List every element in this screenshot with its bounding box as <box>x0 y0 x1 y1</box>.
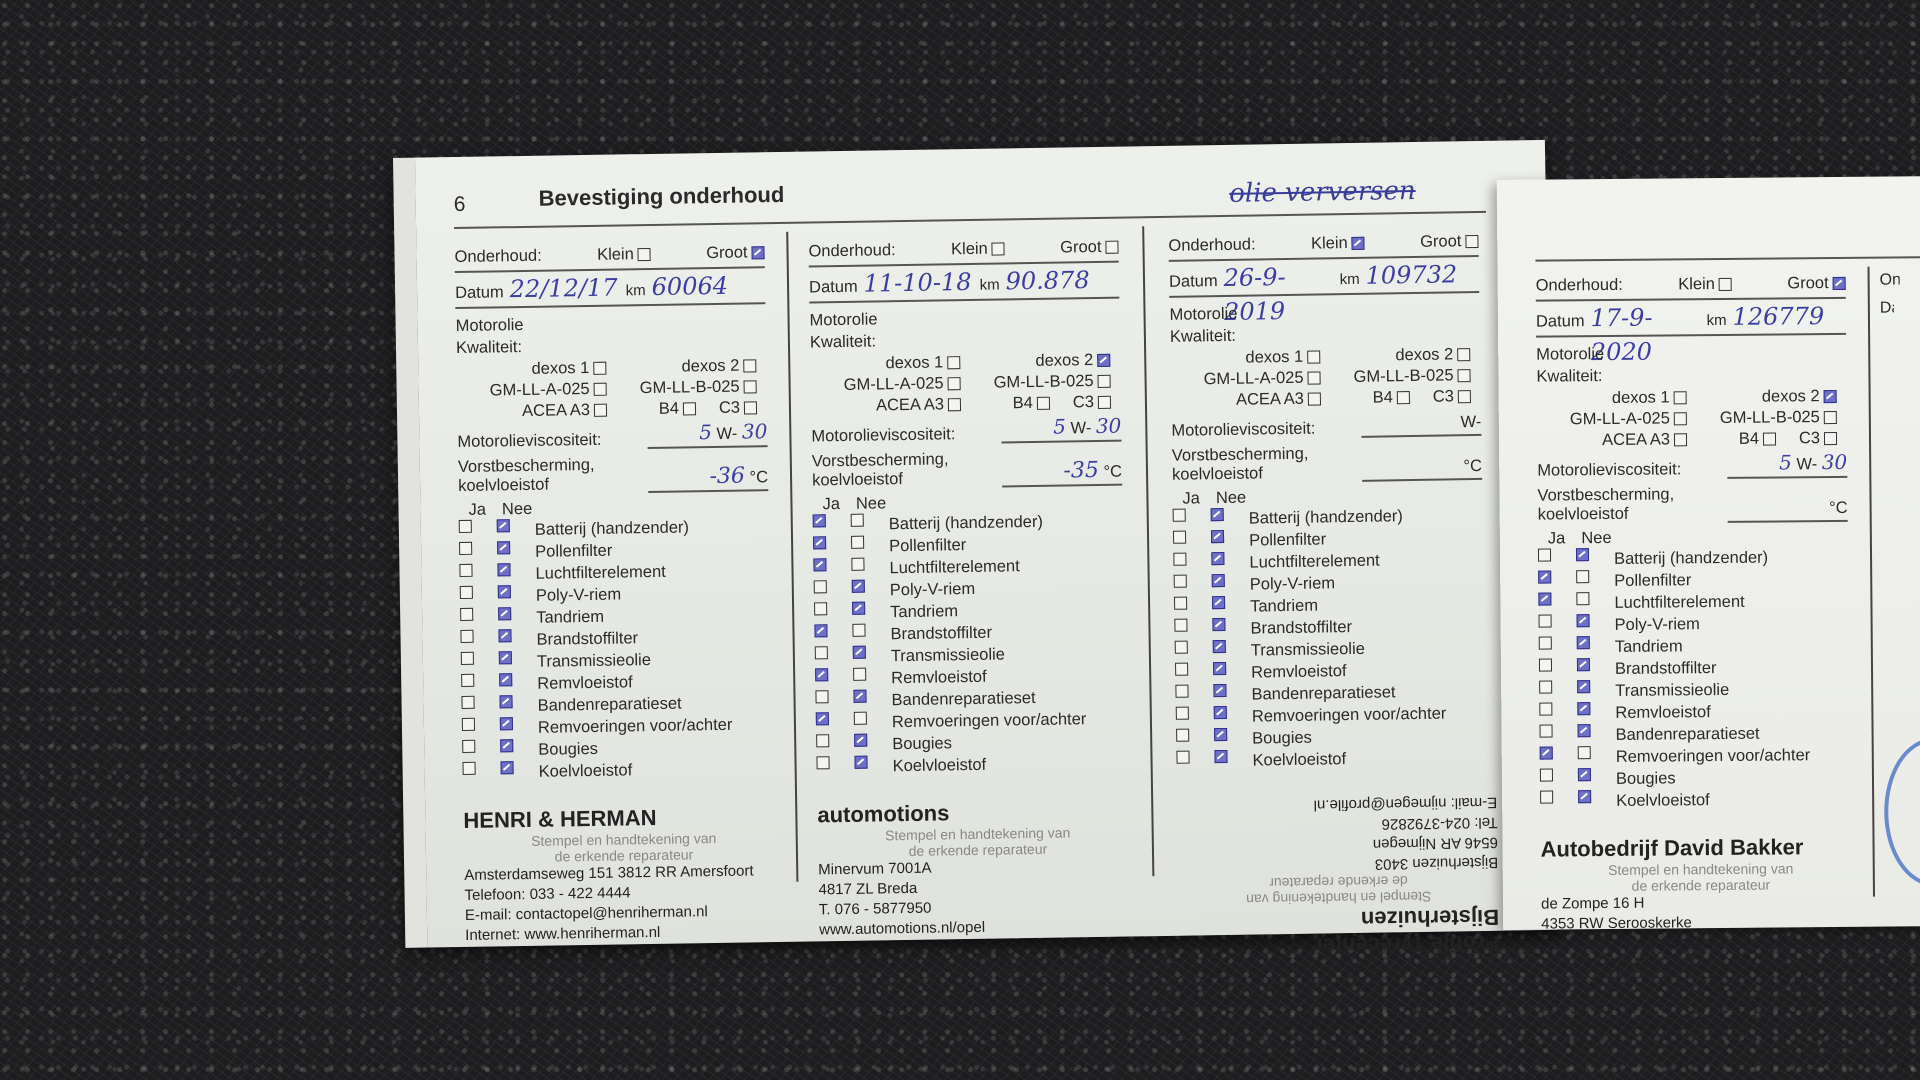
dexos1-checkbox[interactable] <box>1307 351 1320 364</box>
datum-label: Datum <box>455 275 504 310</box>
celsius-label: °C <box>1463 457 1482 475</box>
nee-header: Nee <box>1581 528 1611 548</box>
stamp-company-name: Autobedrijf David Bakker <box>1540 834 1860 863</box>
km-value[interactable]: 60064 <box>651 269 728 304</box>
viscosity-row: Motorolieviscositeit: 5 W- 30 <box>1537 450 1847 481</box>
nee-checkbox[interactable] <box>497 541 510 554</box>
b4-label: B4 <box>1373 388 1393 406</box>
viscosity-suffix-value: 30 <box>1096 414 1122 438</box>
next-entry-datum-fragment: Datum <box>1880 294 1894 322</box>
nee-checkbox[interactable] <box>498 607 511 620</box>
groot-label: Groot <box>1060 238 1102 257</box>
ja-checkbox[interactable] <box>1539 680 1552 693</box>
gm-b-option[interactable]: GM-LL-B-025 <box>607 377 757 398</box>
c3-label: C3 <box>719 399 740 417</box>
checklist-items: Batterij (handzender)PollenfilterLuchtfi… <box>1538 546 1850 813</box>
gm-b-option[interactable]: GM-LL-B-025 <box>1687 408 1837 428</box>
nee-checkbox[interactable] <box>1578 790 1591 803</box>
b4-c3-options: B4 C3 <box>1321 387 1471 408</box>
viscosity-w-label: W- <box>1796 455 1817 473</box>
checklist-item: Bandenreparatieset <box>1539 722 1849 747</box>
nee-checkbox[interactable] <box>1577 636 1590 649</box>
groot-checkbox[interactable] <box>1833 277 1846 290</box>
nee-checkbox[interactable] <box>497 563 510 576</box>
frost-label-line1: Vorstbescherming, <box>1172 445 1309 465</box>
frost-label-line1: Vorstbescherming, <box>1537 485 1674 504</box>
viscosity-field[interactable]: W- <box>1361 408 1481 438</box>
frost-label-line1: Vorstbescherming, <box>458 456 595 476</box>
datum-value[interactable]: 22/12/17 <box>509 270 620 306</box>
km-value[interactable]: 109732 <box>1365 257 1457 292</box>
dexos1-label: dexos 1 <box>1612 388 1670 407</box>
checklist-item: Remvoeringen voor/achter <box>1540 744 1850 769</box>
frost-label-line1: Vorstbescherming, <box>812 450 949 470</box>
viscosity-label: Motorolieviscositeit: <box>811 425 955 446</box>
dexos2-checkbox[interactable] <box>1097 354 1110 367</box>
gm-b-checkbox[interactable] <box>744 380 757 393</box>
groot-option[interactable]: Groot <box>706 238 765 267</box>
c3-checkbox[interactable] <box>1098 396 1111 409</box>
viscosity-row: Motorolieviscositeit: W- <box>1171 408 1481 441</box>
km-value[interactable]: 90.878 <box>1005 263 1090 298</box>
viscosity-prefix-value: 5 <box>1779 450 1792 474</box>
nee-checkbox[interactable] <box>854 756 867 769</box>
checklist-item-label: Remvoeringen voor/achter <box>1616 744 1850 768</box>
klein-label: Klein <box>1311 234 1348 253</box>
inspection-checklist: Ja Nee Batterij (handzender)Pollenfilter… <box>1538 526 1850 813</box>
ja-header: Ja <box>1548 528 1566 548</box>
ja-checkbox[interactable] <box>459 564 472 577</box>
km-value[interactable]: 126779 <box>1732 299 1824 334</box>
gm-a-option[interactable]: GM-LL-A-025 <box>1170 368 1320 389</box>
dexos2-option[interactable]: dexos 2 <box>606 356 756 377</box>
ja-checkbox[interactable] <box>814 624 827 637</box>
b4-c3-options: B4 C3 <box>961 393 1111 414</box>
nee-checkbox[interactable] <box>1213 662 1226 675</box>
frost-label-line2: koelvloeistof <box>458 476 549 495</box>
klein-option[interactable]: Klein <box>951 234 1005 263</box>
ja-checkbox[interactable] <box>813 536 826 549</box>
ja-checkbox[interactable] <box>1538 548 1551 561</box>
gm-a-checkbox[interactable] <box>594 383 607 396</box>
motorolie-label: Motorolie <box>1536 341 1846 366</box>
page-header-rule <box>1535 256 1920 262</box>
next-entry-stub: Onderhoud: Datum <box>1880 266 1900 322</box>
frost-field[interactable]: °C <box>1362 452 1482 482</box>
checklist-items: Batterij (handzender)PollenfilterLuchtfi… <box>1173 504 1487 773</box>
acea-checkbox[interactable] <box>1674 433 1687 446</box>
km-label: km <box>625 274 646 308</box>
nee-checkbox[interactable] <box>853 646 866 659</box>
datum-value[interactable]: 11-10-18 <box>863 265 974 301</box>
dexos2-checkbox[interactable] <box>1457 348 1470 361</box>
inspection-checklist: Ja Nee Batterij (handzender)Pollenfilter… <box>1172 484 1486 773</box>
kwaliteit-label: Kwaliteit: <box>1536 363 1846 388</box>
ja-checkbox[interactable] <box>813 514 826 527</box>
dexos2-label: dexos 2 <box>681 357 739 376</box>
km-label: km <box>1339 263 1360 297</box>
checklist-item: Tandriem <box>1539 634 1849 659</box>
date-km-row: Datum 11-10-18 km 90.878 <box>809 263 1120 304</box>
viscosity-row: Motorolieviscositeit: 5 W- 30 <box>457 419 767 452</box>
ja-checkbox[interactable] <box>1173 531 1186 544</box>
stamp-address-line: de Zompe 16 H <box>1541 892 1861 915</box>
ja-checkbox[interactable] <box>815 646 828 659</box>
ja-checkbox[interactable] <box>1176 751 1189 764</box>
c3-checkbox[interactable] <box>1458 390 1471 403</box>
klein-checkbox[interactable] <box>1352 237 1365 250</box>
gm-a-checkbox[interactable] <box>1674 412 1687 425</box>
groot-checkbox[interactable] <box>1465 235 1478 248</box>
acea-option[interactable]: ACEA A3 <box>457 401 607 422</box>
gm-b-option[interactable]: GM-LL-B-025 <box>960 372 1110 393</box>
ja-header: Ja <box>1182 488 1200 508</box>
frost-label-line2: koelvloeistof <box>1538 505 1629 524</box>
nee-checkbox[interactable] <box>500 717 513 730</box>
onderhoud-label: Onderhoud: <box>454 242 542 271</box>
service-entry-1: Onderhoud: Klein Groot Datum 22/12/17 km… <box>454 238 774 913</box>
nee-checkbox[interactable] <box>1576 570 1589 583</box>
checklist-item-label: Batterij (handzender) <box>1614 546 1848 570</box>
dexos1-option[interactable]: dexos 1 <box>1537 388 1687 408</box>
workshop-stamp: automotions Stempel en handtekening van … <box>817 797 1139 940</box>
nee-checkbox[interactable] <box>499 673 512 686</box>
ja-checkbox[interactable] <box>1540 746 1553 759</box>
workshop-stamp: Profile Tyrecenter Bijsterhuizen Stempel… <box>1177 792 1500 961</box>
nee-checkbox[interactable] <box>1576 548 1589 561</box>
gm-a-option[interactable]: GM-LL-A-025 <box>810 374 960 395</box>
viscosity-field[interactable]: 5 W- 30 <box>1727 450 1847 479</box>
ja-checkbox[interactable] <box>460 586 473 599</box>
viscosity-w-label: W- <box>716 425 737 443</box>
ja-checkbox[interactable] <box>1539 702 1552 715</box>
nee-checkbox[interactable] <box>1214 750 1227 763</box>
nee-checkbox[interactable] <box>1578 768 1591 781</box>
dexos1-checkbox[interactable] <box>1674 391 1687 404</box>
groot-label: Groot <box>706 243 748 262</box>
ja-checkbox[interactable] <box>459 520 472 533</box>
nee-checkbox[interactable] <box>1577 614 1590 627</box>
acea-checkbox[interactable] <box>948 398 961 411</box>
c3-checkbox[interactable] <box>744 401 757 414</box>
nee-checkbox[interactable] <box>853 668 866 681</box>
checklist-item-label: Poly-V-riem <box>1615 612 1849 636</box>
ja-checkbox[interactable] <box>816 712 829 725</box>
groot-option[interactable]: Groot <box>1787 269 1846 298</box>
ja-checkbox[interactable] <box>815 690 828 703</box>
nee-checkbox[interactable] <box>1214 728 1227 741</box>
ja-checkbox[interactable] <box>1538 570 1551 583</box>
dexos1-label: dexos 1 <box>531 359 589 378</box>
ja-checkbox[interactable] <box>1174 575 1187 588</box>
ja-checkbox[interactable] <box>1540 768 1553 781</box>
ja-checkbox[interactable] <box>460 630 473 643</box>
checklist-item: Koelvloeistof <box>1540 788 1850 813</box>
nee-checkbox[interactable] <box>1211 530 1224 543</box>
dexos1-option[interactable]: dexos 1 <box>810 353 960 374</box>
dexos1-label: dexos 1 <box>1245 348 1303 367</box>
nee-checkbox[interactable] <box>852 624 865 637</box>
ja-checkbox[interactable] <box>462 762 475 775</box>
nee-checkbox[interactable] <box>500 761 513 774</box>
nee-checkbox[interactable] <box>499 695 512 708</box>
frost-field[interactable]: -35 °C <box>1002 458 1122 488</box>
nee-header: Nee <box>1216 488 1247 508</box>
groot-option[interactable]: Groot <box>1420 227 1479 256</box>
acea-option[interactable]: ACEA A3 <box>1171 389 1321 410</box>
dexos2-option[interactable]: dexos 2 <box>960 351 1110 372</box>
ja-checkbox[interactable] <box>1539 658 1552 671</box>
nee-checkbox[interactable] <box>498 629 511 642</box>
checklist-item: Transmissieolie <box>1539 678 1849 703</box>
gm-a-option[interactable]: GM-LL-A-025 <box>1537 409 1687 429</box>
frost-row: Vorstbescherming,koelvloeistof -36 °C <box>458 453 769 496</box>
nee-checkbox[interactable] <box>1211 508 1224 521</box>
viscosity-field[interactable]: 5 W- 30 <box>1001 414 1121 444</box>
nee-checkbox[interactable] <box>853 690 866 703</box>
viscosity-field[interactable]: 5 W- 30 <box>647 419 767 449</box>
service-booklet-left-page: 6 Bevestiging onderhoud olie verversen O… <box>393 140 1557 948</box>
klein-checkbox[interactable] <box>638 248 651 261</box>
ja-checkbox[interactable] <box>814 602 827 615</box>
kwaliteit-label: Kwaliteit: <box>810 327 1120 354</box>
gm-a-checkbox[interactable] <box>948 377 961 390</box>
column-divider <box>1868 267 1875 897</box>
frost-row: Vorstbescherming,koelvloeistof °C <box>1537 484 1847 525</box>
dexos2-checkbox[interactable] <box>1824 390 1837 403</box>
viscosity-suffix-value: 30 <box>1822 450 1848 474</box>
acea-checkbox[interactable] <box>1308 393 1321 406</box>
frost-field[interactable]: °C <box>1727 494 1847 523</box>
checklist-item: Koelvloeistof <box>1176 746 1486 773</box>
page-title: Bevestiging onderhoud <box>538 182 784 212</box>
nee-checkbox[interactable] <box>852 580 865 593</box>
date-km-row: Datum 17-9-2020 km 126779 <box>1536 299 1846 338</box>
acea-option[interactable]: ACEA A3 <box>811 395 961 416</box>
groot-checkbox[interactable] <box>1105 241 1118 254</box>
nee-checkbox[interactable] <box>1576 592 1589 605</box>
ja-checkbox[interactable] <box>1173 553 1186 566</box>
kwaliteit-label: Kwaliteit: <box>456 332 766 359</box>
acea-checkbox[interactable] <box>594 404 607 417</box>
oil-quality-grid: dexos 1 dexos 2 GM-LL-A-025 GM-LL-B-025 … <box>1170 345 1481 411</box>
nee-checkbox[interactable] <box>1578 746 1591 759</box>
nee-checkbox[interactable] <box>500 739 513 752</box>
b4-label: B4 <box>1013 394 1033 412</box>
frost-field[interactable]: -36 °C <box>648 463 768 493</box>
nee-checkbox[interactable] <box>1577 724 1590 737</box>
ja-checkbox[interactable] <box>1175 685 1188 698</box>
b4-checkbox[interactable] <box>1397 391 1410 404</box>
stamp-address: de Zompe 16 H4353 RW Serooskerke <box>1541 892 1861 935</box>
page-number: 6 <box>454 193 466 217</box>
dexos2-checkbox[interactable] <box>743 359 756 372</box>
stamp-address-line: Internet: www.henriherman.nl <box>465 921 785 946</box>
nee-checkbox[interactable] <box>851 514 864 527</box>
b4-checkbox[interactable] <box>1037 397 1050 410</box>
celsius-label: °C <box>1829 499 1848 517</box>
nee-checkbox[interactable] <box>1577 680 1590 693</box>
checklist-item-label: Remvloeistof <box>1615 700 1849 724</box>
dexos1-checkbox[interactable] <box>593 362 606 375</box>
acea-label: ACEA A3 <box>1602 430 1670 449</box>
klein-option[interactable]: Klein <box>597 240 651 269</box>
dexos2-option[interactable]: dexos 2 <box>1687 387 1837 407</box>
onderhoud-label: Onderhoud: <box>1168 230 1256 259</box>
ja-checkbox[interactable] <box>1175 641 1188 654</box>
stamp-address-line: www.automotions.nl/opel <box>819 915 1139 940</box>
viscosity-row: Motorolieviscositeit: 5 W- 30 <box>811 414 1121 447</box>
ja-checkbox[interactable] <box>813 558 826 571</box>
dexos2-option[interactable]: dexos 2 <box>1320 345 1470 366</box>
ja-checkbox[interactable] <box>1175 663 1188 676</box>
ja-checkbox[interactable] <box>1174 619 1187 632</box>
date-km-row: Datum 26-9-2019 km 109732 <box>1169 257 1480 298</box>
nee-checkbox[interactable] <box>851 558 864 571</box>
gm-a-label: GM-LL-A-025 <box>1570 409 1670 428</box>
ja-checkbox[interactable] <box>1540 790 1553 803</box>
checklist-item-label: Brandstoffilter <box>1615 656 1849 680</box>
checklist-item-label: Koelvloeistof <box>1616 788 1850 812</box>
ja-checkbox[interactable] <box>816 734 829 747</box>
inspection-checklist: Ja Nee Batterij (handzender)Pollenfilter… <box>812 490 1126 779</box>
nee-checkbox[interactable] <box>851 536 864 549</box>
ja-checkbox[interactable] <box>814 580 827 593</box>
ja-checkbox[interactable] <box>1539 724 1552 737</box>
nee-checkbox[interactable] <box>854 734 867 747</box>
checklist-item: Brandstoffilter <box>1539 656 1849 681</box>
dexos1-checkbox[interactable] <box>947 356 960 369</box>
nee-checkbox[interactable] <box>1577 658 1590 671</box>
ja-checkbox[interactable] <box>461 674 474 687</box>
ja-checkbox[interactable] <box>815 668 828 681</box>
checklist-item-label: Transmissieolie <box>1615 678 1849 702</box>
klein-label: Klein <box>1678 275 1715 293</box>
oil-quality-grid: dexos 1 dexos 2 GM-LL-A-025 GM-LL-B-025 … <box>456 356 767 422</box>
nee-checkbox[interactable] <box>499 651 512 664</box>
acea-label: ACEA A3 <box>522 401 590 420</box>
gm-b-checkbox[interactable] <box>1097 375 1110 388</box>
gm-a-label: GM-LL-A-025 <box>490 380 590 400</box>
ja-checkbox[interactable] <box>1176 707 1189 720</box>
maintenance-type-row: Onderhoud: Klein Groot <box>1168 227 1478 262</box>
nee-checkbox[interactable] <box>852 602 865 615</box>
nee-checkbox[interactable] <box>498 585 511 598</box>
ja-checkbox[interactable] <box>460 608 473 621</box>
service-entry-2: Onderhoud: Klein Groot Datum 11-10-18 km… <box>808 233 1128 908</box>
gm-b-checkbox[interactable] <box>1824 411 1837 424</box>
gm-b-option[interactable]: GM-LL-B-025 <box>1320 366 1470 387</box>
acea-label: ACEA A3 <box>1236 390 1304 409</box>
datum-label: Datum <box>809 270 858 305</box>
b4-checkbox[interactable] <box>683 402 696 415</box>
datum-label: Datum <box>1169 264 1218 299</box>
oil-quality-grid: dexos 1 dexos 2 GM-LL-A-025 GM-LL-B-025 … <box>1537 387 1848 451</box>
ja-checkbox[interactable] <box>1539 636 1552 649</box>
ja-checkbox[interactable] <box>461 696 474 709</box>
dexos2-label: dexos 2 <box>1762 387 1820 406</box>
nee-checkbox[interactable] <box>854 712 867 725</box>
nee-checkbox[interactable] <box>1211 552 1224 565</box>
groot-option[interactable]: Groot <box>1060 233 1119 262</box>
c3-checkbox[interactable] <box>1824 432 1837 445</box>
nee-checkbox[interactable] <box>1212 596 1225 609</box>
dexos2-label: dexos 2 <box>1035 351 1093 370</box>
checklist-item: Bougies <box>1540 766 1850 791</box>
ja-checkbox[interactable] <box>1173 509 1186 522</box>
gm-b-label: GM-LL-B-025 <box>1720 408 1820 427</box>
nee-header: Nee <box>856 493 887 513</box>
nee-checkbox[interactable] <box>1212 574 1225 587</box>
viscosity-prefix-value: 5 <box>699 420 712 444</box>
checklist-item-label: Luchtfilterelement <box>1614 590 1848 614</box>
frost-label: Vorstbescherming,koelvloeistof <box>458 456 595 496</box>
nee-checkbox[interactable] <box>1212 618 1225 631</box>
nee-checkbox[interactable] <box>1213 684 1226 697</box>
maintenance-type-row: Onderhoud: Klein Groot <box>454 238 764 273</box>
next-entry-onderhoud-fragment: Onderhoud: <box>1880 266 1900 294</box>
ja-checkbox[interactable] <box>1538 592 1551 605</box>
nee-checkbox[interactable] <box>1213 640 1226 653</box>
checklist-item-label: Koelvloeistof <box>538 757 772 783</box>
ja-checkbox[interactable] <box>459 542 472 555</box>
blue-stamp-partial <box>1884 738 1920 887</box>
ja-header: Ja <box>822 494 840 514</box>
viscosity-suffix-value: 30 <box>742 419 768 443</box>
nee-header: Nee <box>502 499 533 519</box>
gm-a-label: GM-LL-A-025 <box>844 374 944 394</box>
service-booklet-right-page: Onderhoud: Klein Groot Datum 17-9-2020 k… <box>1497 176 1920 930</box>
gm-b-checkbox[interactable] <box>1457 369 1470 382</box>
dexos1-option[interactable]: dexos 1 <box>456 359 606 380</box>
dexos2-label: dexos 2 <box>1395 345 1453 364</box>
groot-checkbox[interactable] <box>751 246 764 259</box>
gm-a-label: GM-LL-A-025 <box>1203 369 1303 389</box>
ja-checkbox[interactable] <box>816 756 829 769</box>
klein-checkbox[interactable] <box>1719 278 1732 291</box>
checklist-items: Batterij (handzender)PollenfilterLuchtfi… <box>813 510 1127 779</box>
acea-option[interactable]: ACEA A3 <box>1537 430 1687 450</box>
ja-checkbox[interactable] <box>461 652 474 665</box>
gm-a-checkbox[interactable] <box>1307 372 1320 385</box>
ja-header: Ja <box>468 500 486 520</box>
celsius-label: °C <box>749 468 768 486</box>
checklist-item: Koelvloeistof <box>462 757 772 784</box>
frost-label: Vorstbescherming,koelvloeistof <box>1172 445 1309 485</box>
ja-checkbox[interactable] <box>462 740 475 753</box>
nee-checkbox[interactable] <box>1577 702 1590 715</box>
checklist-item: Remvloeistof <box>1539 700 1849 725</box>
nee-checkbox[interactable] <box>1214 706 1227 719</box>
ja-checkbox[interactable] <box>1174 597 1187 610</box>
workshop-stamp: HENRI & HERMAN Stempel en handtekening v… <box>463 803 785 946</box>
dexos1-option[interactable]: dexos 1 <box>1170 347 1320 368</box>
b4-checkbox[interactable] <box>1763 433 1776 446</box>
stamp-address: Minervum 7001A4817 ZL BredaT. 076 - 5877… <box>818 855 1139 940</box>
ja-checkbox[interactable] <box>462 718 475 731</box>
nee-checkbox[interactable] <box>497 519 510 532</box>
klein-option[interactable]: Klein <box>1678 270 1732 298</box>
b4-label: B4 <box>1739 430 1759 448</box>
groot-label: Groot <box>1420 232 1462 251</box>
klein-checkbox[interactable] <box>992 243 1005 256</box>
date-km-row: Datum 22/12/17 km 60064 <box>455 268 766 309</box>
viscosity-w-label: W- <box>1070 419 1091 437</box>
ja-checkbox[interactable] <box>1539 614 1552 627</box>
klein-option[interactable]: Klein <box>1311 229 1365 258</box>
gm-a-option[interactable]: GM-LL-A-025 <box>457 380 607 401</box>
ja-checkbox[interactable] <box>1176 729 1189 742</box>
